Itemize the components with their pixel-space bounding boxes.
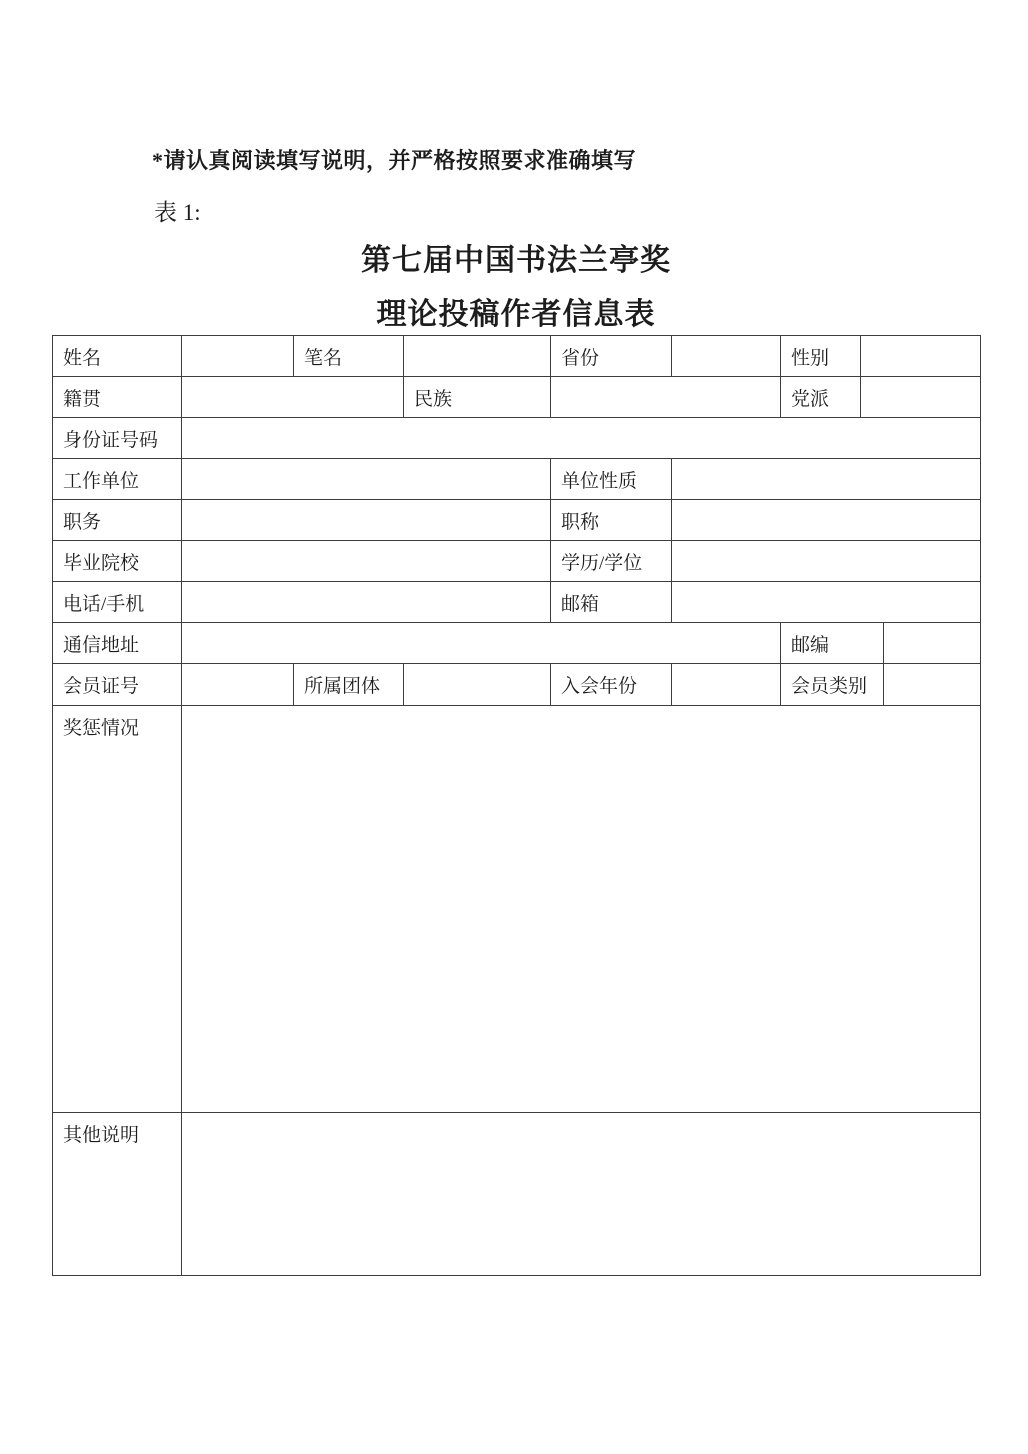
field-label-awards-punishments: 奖惩情况 <box>53 706 182 1113</box>
field-label-education-degree: 学历/学位 <box>551 541 672 582</box>
field-label-ethnicity: 民族 <box>404 377 551 418</box>
field-input-unit-type <box>672 459 981 500</box>
row-address-postcode: 通信地址邮编 <box>53 623 981 664</box>
row-name-penname-province-gender: 姓名笔名省份性别 <box>53 336 981 377</box>
field-input-party <box>861 377 981 418</box>
fill-instructions-note: *请认真阅读填写说明，并严格按照要求准确填写 <box>152 144 636 175</box>
field-input-professional-title <box>672 500 981 541</box>
field-label-membership-number: 会员证号 <box>53 664 182 706</box>
row-work-unit-type: 工作单位单位性质 <box>53 459 981 500</box>
row-other-notes: 其他说明 <box>53 1113 981 1276</box>
field-label-affiliated-group: 所属团体 <box>294 664 404 706</box>
field-label-join-year: 入会年份 <box>551 664 672 706</box>
form-title: 第七届中国书法兰亭奖 <box>52 235 980 279</box>
document-page: *请认真阅读填写说明，并严格按照要求准确填写 表 1: 第七届中国书法兰亭奖 理… <box>0 0 1028 1454</box>
author-info-table: 姓名笔名省份性别籍贯民族党派身份证号码工作单位单位性质职务职称毕业院校学历/学位… <box>52 335 981 1276</box>
field-label-phone: 电话/手机 <box>53 582 182 623</box>
field-label-graduate-school: 毕业院校 <box>53 541 182 582</box>
field-input-position <box>182 500 551 541</box>
field-input-postcode <box>884 623 981 664</box>
field-label-pen-name: 笔名 <box>294 336 404 377</box>
field-input-ethnicity <box>551 377 781 418</box>
field-input-pen-name <box>404 336 551 377</box>
field-label-native-place: 籍贯 <box>53 377 182 418</box>
field-input-email <box>672 582 981 623</box>
row-awards-punishments: 奖惩情况 <box>53 706 981 1113</box>
row-membership: 会员证号所属团体入会年份会员类别 <box>53 664 981 706</box>
row-id-number: 身份证号码 <box>53 418 981 459</box>
field-input-join-year <box>672 664 781 706</box>
field-input-id-number <box>182 418 981 459</box>
field-input-province <box>672 336 781 377</box>
row-position-title: 职务职称 <box>53 500 981 541</box>
field-input-gender <box>861 336 981 377</box>
field-input-graduate-school <box>182 541 551 582</box>
field-label-postcode: 邮编 <box>781 623 884 664</box>
field-label-other-notes: 其他说明 <box>53 1113 182 1276</box>
field-input-mailing-address <box>182 623 781 664</box>
field-input-awards-punishments <box>182 706 981 1113</box>
field-input-name <box>182 336 294 377</box>
field-label-name: 姓名 <box>53 336 182 377</box>
field-input-phone <box>182 582 551 623</box>
field-input-education-degree <box>672 541 981 582</box>
row-native-place-ethnicity-party: 籍贯民族党派 <box>53 377 981 418</box>
table-caption: 表 1: <box>154 194 201 227</box>
field-input-native-place <box>182 377 404 418</box>
form-subtitle: 理论投稿作者信息表 <box>52 289 980 333</box>
field-input-affiliated-group <box>404 664 551 706</box>
field-label-work-unit: 工作单位 <box>53 459 182 500</box>
table-body: 姓名笔名省份性别籍贯民族党派身份证号码工作单位单位性质职务职称毕业院校学历/学位… <box>53 336 981 1276</box>
field-input-membership-type <box>884 664 981 706</box>
field-label-party: 党派 <box>781 377 861 418</box>
field-label-position: 职务 <box>53 500 182 541</box>
field-label-province: 省份 <box>551 336 672 377</box>
field-label-gender: 性别 <box>781 336 861 377</box>
field-label-membership-type: 会员类别 <box>781 664 884 706</box>
field-label-unit-type: 单位性质 <box>551 459 672 500</box>
field-label-email: 邮箱 <box>551 582 672 623</box>
field-label-mailing-address: 通信地址 <box>53 623 182 664</box>
field-input-work-unit <box>182 459 551 500</box>
field-label-professional-title: 职称 <box>551 500 672 541</box>
field-label-id-number: 身份证号码 <box>53 418 182 459</box>
row-school-degree: 毕业院校学历/学位 <box>53 541 981 582</box>
field-input-membership-number <box>182 664 294 706</box>
field-input-other-notes <box>182 1113 981 1276</box>
row-phone-email: 电话/手机邮箱 <box>53 582 981 623</box>
